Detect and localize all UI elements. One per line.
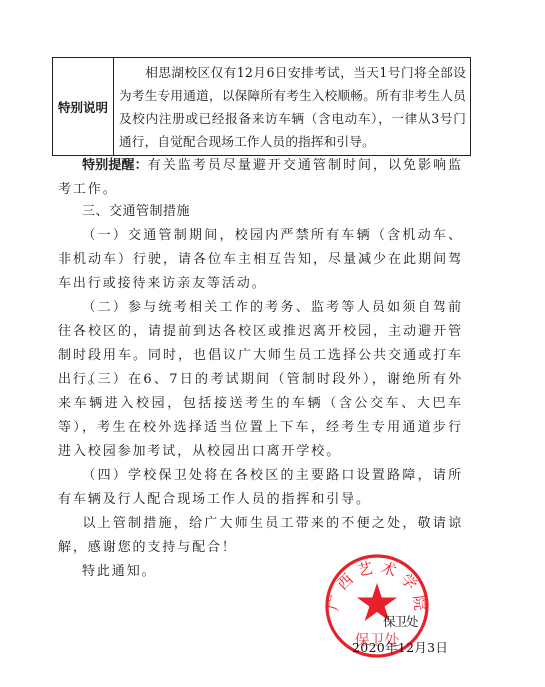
signature-department: 保卫处	[383, 612, 418, 630]
signature-date: 2020年12月3日	[352, 638, 448, 656]
section-heading: 三、交通管制措施	[58, 200, 463, 224]
reminder-label: 特别提醒：	[82, 158, 148, 173]
special-note-content: 相思湖校区仅有12月6日安排考试，当天1号门将全部设为考生专用通道，以保障所有考…	[114, 58, 471, 156]
special-note-label: 特别说明	[53, 58, 114, 156]
document-page: 特别说明 相思湖校区仅有12月6日安排考试，当天1号门将全部设为考生专用通道，以…	[0, 0, 545, 687]
reminder-paragraph: 特别提醒：有关监考员尽量避开交通管制时间，以免影响监考工作。	[58, 154, 463, 202]
measure-3: （三）在6、7日的考试期间（管制时段外），谢绝所有外来车辆进入校园，包括接送考生…	[58, 368, 463, 464]
special-note-table: 特别说明 相思湖校区仅有12月6日安排考试，当天1号门将全部设为考生专用通道，以…	[52, 57, 471, 156]
measure-4: （四）学校保卫处将在各校区的主要路口设置路障，请所有车辆及行人配合现场工作人员的…	[58, 464, 463, 512]
measure-1: （一）交通管制期间，校园内严禁所有车辆（含机动车、非机动车）行驶，请各位车主相互…	[58, 224, 463, 296]
